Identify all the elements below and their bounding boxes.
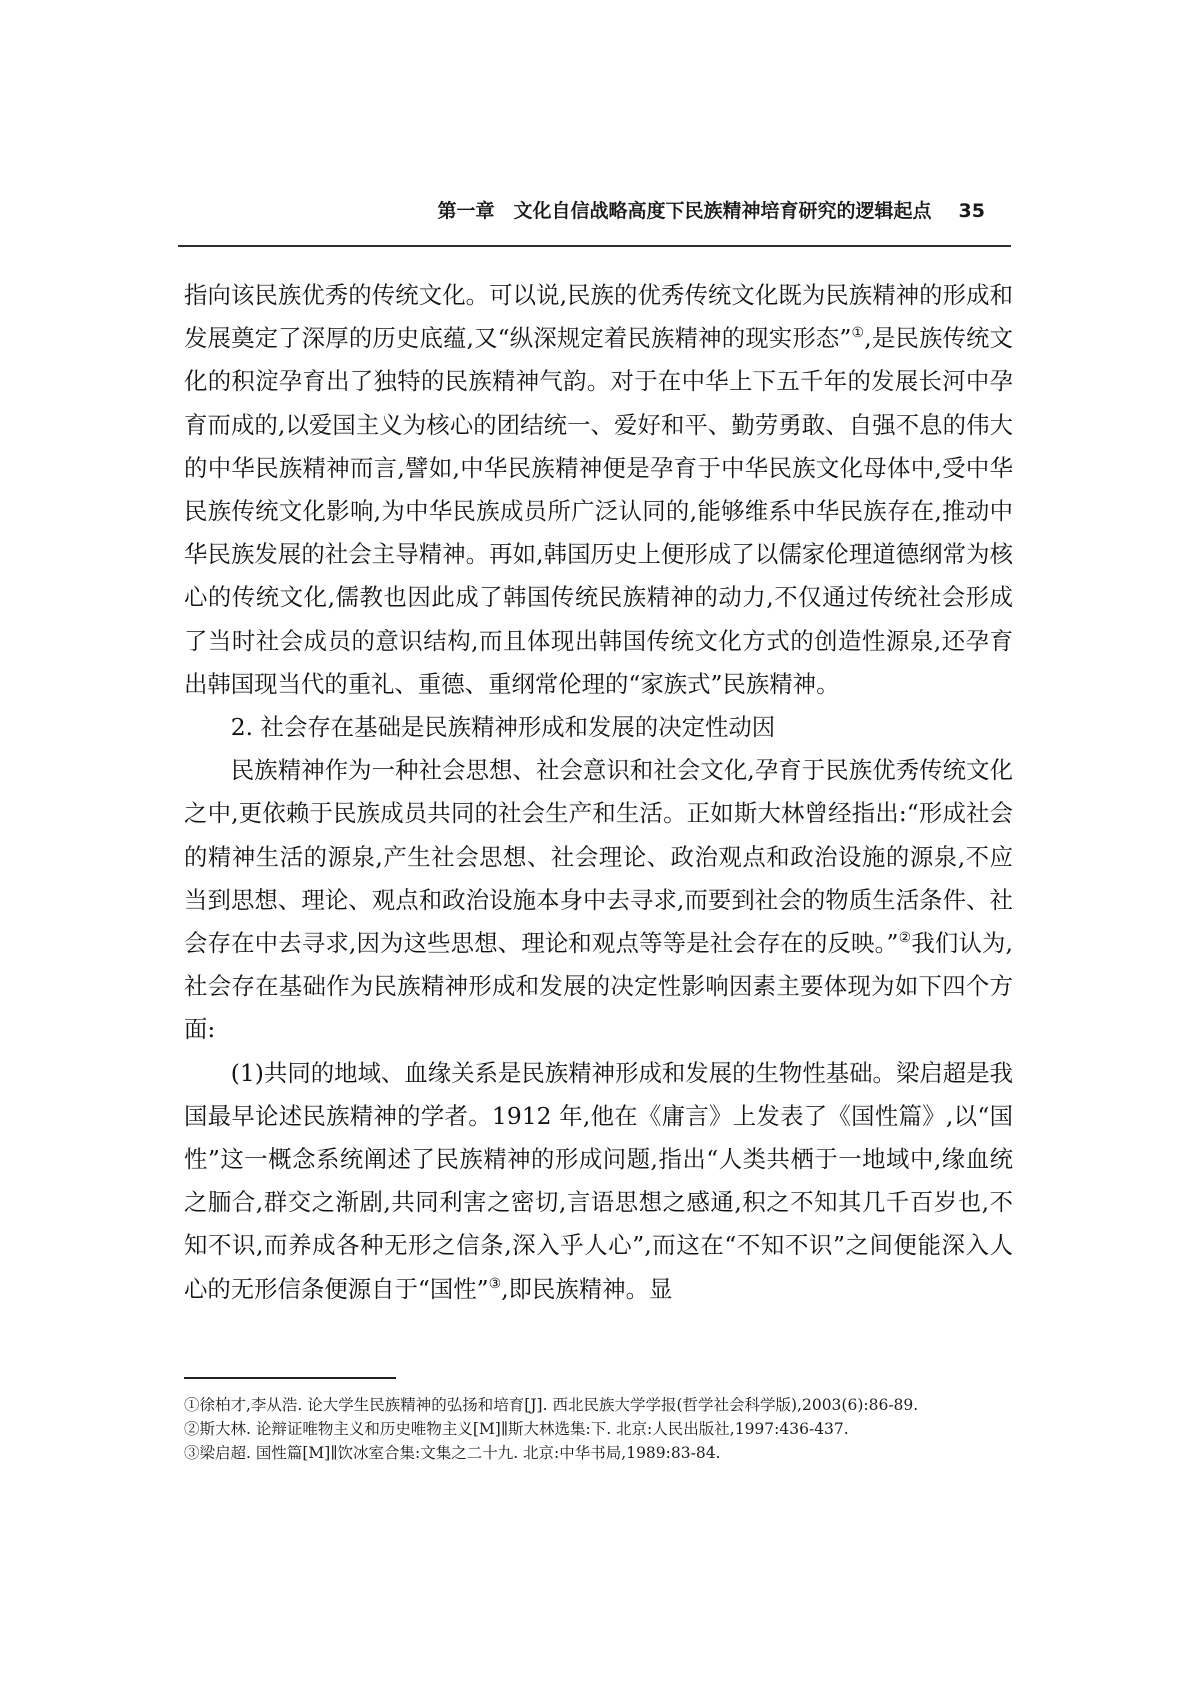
paragraph-social-basis: 民族精神作为一种社会思想、社会意识和社会文化,孕育于民族优秀传统文化之中,更依赖… bbox=[184, 749, 1013, 1051]
footnote-separator bbox=[184, 1377, 396, 1379]
book-page: 第一章 文化自信战略高度下民族精神培育研究的逻辑起点 35 指向该民族优秀的传统… bbox=[0, 0, 1190, 1684]
footnote-2: ②斯大林. 论辩证唯物主义和历史唯物主义[M]∥斯大林选集:下. 北京:人民出版… bbox=[184, 1417, 1013, 1441]
paragraph-geography-blood: (1)共同的地域、血缘关系是民族精神形成和发展的生物性基础。梁启超是我国最早论述… bbox=[184, 1052, 1013, 1311]
chapter-label: 第一章 bbox=[438, 196, 495, 223]
body-text: 指向该民族优秀的传统文化。可以说,民族的优秀传统文化既为民族精神的形成和发展奠定… bbox=[184, 274, 1013, 1311]
running-header-title: 文化自信战略高度下民族精神培育研究的逻辑起点 bbox=[514, 196, 932, 223]
subheading-2: 2. 社会存在基础是民族精神形成和发展的决定性动因 bbox=[184, 706, 1013, 749]
footnote-3: ③梁启超. 国性篇[M]∥饮冰室合集:文集之二十九. 北京:中华书局,1989:… bbox=[184, 1441, 1013, 1465]
running-header: 第一章 文化自信战略高度下民族精神培育研究的逻辑起点 35 bbox=[180, 196, 1013, 223]
header-rule bbox=[178, 245, 1011, 247]
footnote-1: ①徐柏才,李从浩. 论大学生民族精神的弘扬和培育[J]. 西北民族大学学报(哲学… bbox=[184, 1393, 1013, 1417]
footnotes: ①徐柏才,李从浩. 论大学生民族精神的弘扬和培育[J]. 西北民族大学学报(哲学… bbox=[184, 1377, 1013, 1465]
paragraph-continuation: 指向该民族优秀的传统文化。可以说,民族的优秀传统文化既为民族精神的形成和发展奠定… bbox=[184, 274, 1013, 706]
page-number: 35 bbox=[959, 200, 985, 222]
